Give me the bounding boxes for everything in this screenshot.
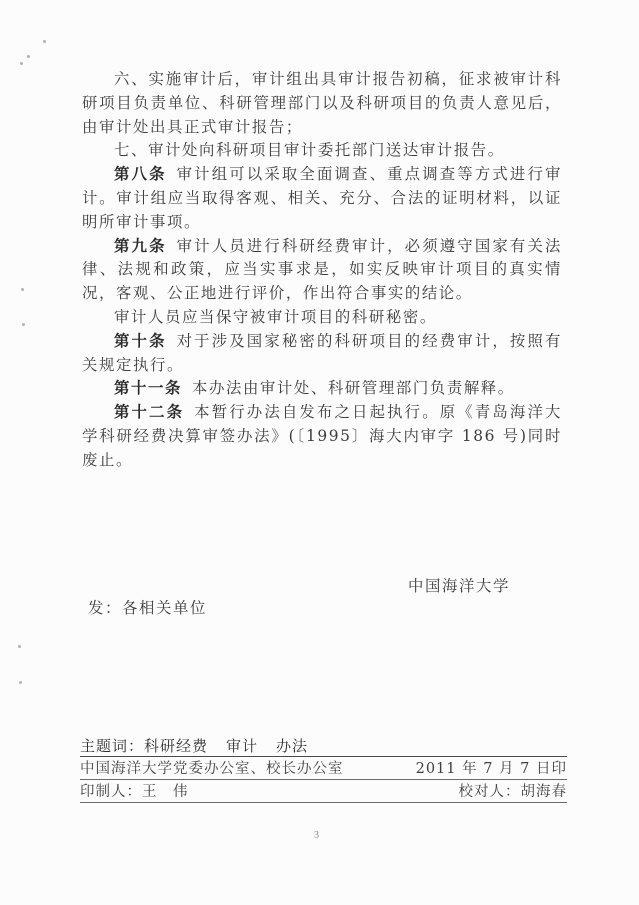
article-label: 第十一条 xyxy=(114,379,182,397)
page-number: 3 xyxy=(314,830,319,841)
paragraph-text: 本办法由审计处、科研管理部门负责解释。 xyxy=(192,379,515,397)
article-label: 第十条 xyxy=(114,332,167,350)
scan-speck xyxy=(18,645,21,648)
distribution-line: 发：各相关单位 xyxy=(88,596,207,618)
article-label: 第八条 xyxy=(114,165,167,183)
paragraph-6: 六、实施审计后，审计组出具审计报告初稿，征求被审计科研项目负责单位、科研管理部门… xyxy=(82,68,562,139)
scan-speck xyxy=(20,62,23,65)
printer-row: 印制人：王 伟 校对人：胡海春 xyxy=(80,780,567,803)
article-9: 第九条审计人员进行科研经费审计，必须遵守国家有关法律、法规和政策，应当实事求是，… xyxy=(82,235,562,306)
confidentiality-paragraph: 审计人员应当保守被审计项目的科研秘密。 xyxy=(82,306,562,330)
scan-speck xyxy=(27,55,30,58)
article-label: 第九条 xyxy=(114,237,167,255)
keyword: 科研经费 xyxy=(144,737,208,755)
proofreader: 校对人：胡海春 xyxy=(459,782,568,802)
scan-speck xyxy=(22,323,25,326)
keyword: 审计 xyxy=(226,737,258,755)
article-12: 第十二条本暂行办法自发布之日起执行。原《青岛海洋大学科研经费决算审签办法》(〔1… xyxy=(82,401,562,472)
paragraph-text: 七、审计处向科研项目审计委托部门送达审计报告。 xyxy=(114,141,505,159)
scan-speck xyxy=(19,681,22,684)
paragraph-text: 六、实施审计后，审计组出具审计报告初稿，征求被审计科研项目负责单位、科研管理部门… xyxy=(82,70,562,136)
document-body: 六、实施审计后，审计组出具审计报告初稿，征求被审计科研项目负责单位、科研管理部门… xyxy=(82,68,562,473)
keyword: 办法 xyxy=(276,737,308,755)
article-10: 第十条对于涉及国家秘密的科研项目的经费审计，按照有关规定执行。 xyxy=(82,330,562,378)
paragraph-7: 七、审计处向科研项目审计委托部门送达审计报告。 xyxy=(82,139,562,163)
keywords: 主题词：科研经费审计办法 xyxy=(80,736,326,756)
paragraph-text: 审计人员应当保守被审计项目的科研秘密。 xyxy=(114,308,437,326)
keywords-row: 主题词：科研经费审计办法 xyxy=(80,734,567,757)
document-footer: 主题词：科研经费审计办法 中国海洋大学党委办公室、校长办公室 2011 年 7 … xyxy=(80,734,567,803)
scan-speck xyxy=(43,40,46,43)
article-11: 第十一条本办法由审计处、科研管理部门负责解释。 xyxy=(82,377,562,401)
document-page: 六、实施审计后，审计组出具审计报告初稿，征求被审计科研项目负责单位、科研管理部门… xyxy=(0,0,639,905)
print-date: 2011 年 7 月 7 日印 xyxy=(416,759,567,779)
printer: 印制人：王 伟 xyxy=(80,782,189,802)
issuer-signature: 中国海洋大学 xyxy=(408,574,510,596)
issuing-office: 中国海洋大学党委办公室、校长办公室 xyxy=(80,759,344,779)
issuer-row: 中国海洋大学党委办公室、校长办公室 2011 年 7 月 7 日印 xyxy=(80,757,567,780)
keywords-label: 主题词： xyxy=(80,737,144,755)
article-8: 第八条审计组可以采取全面调查、重点调查等方式进行审计。审计组应当取得客观、相关、… xyxy=(82,163,562,234)
article-label: 第十二条 xyxy=(114,403,184,421)
scan-speck xyxy=(21,288,24,291)
